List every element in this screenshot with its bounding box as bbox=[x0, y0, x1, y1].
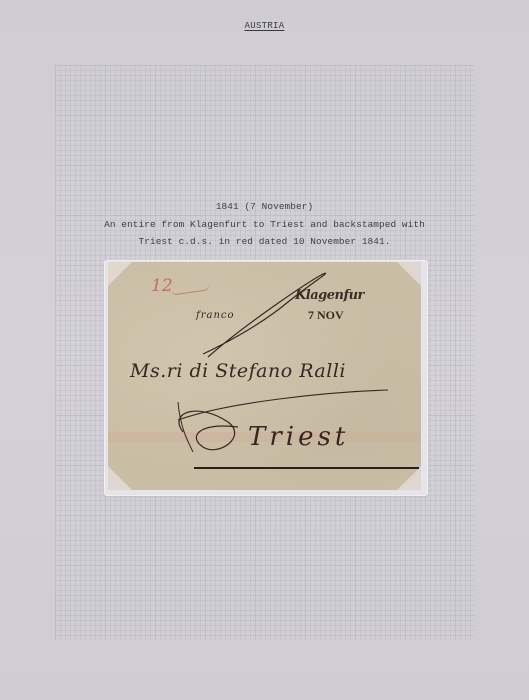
country-heading-text: AUSTRIA bbox=[245, 21, 285, 31]
caption-description-line-1: An entire from Klagenfurt to Triest and … bbox=[0, 219, 529, 230]
handwriting-flourishes bbox=[108, 262, 421, 490]
caption-date: 1841 (7 November) bbox=[0, 201, 529, 212]
postal-cover: 12 Klagenfur 7 NOV franco Ms.ri di Stefa… bbox=[108, 262, 421, 490]
album-page: AUSTRIA 1841 (7 November) An entire from… bbox=[0, 0, 529, 700]
address-underline bbox=[194, 467, 419, 469]
caption-description-line-2: Triest c.d.s. in red dated 10 November 1… bbox=[0, 236, 529, 247]
country-heading: AUSTRIA bbox=[0, 21, 529, 31]
